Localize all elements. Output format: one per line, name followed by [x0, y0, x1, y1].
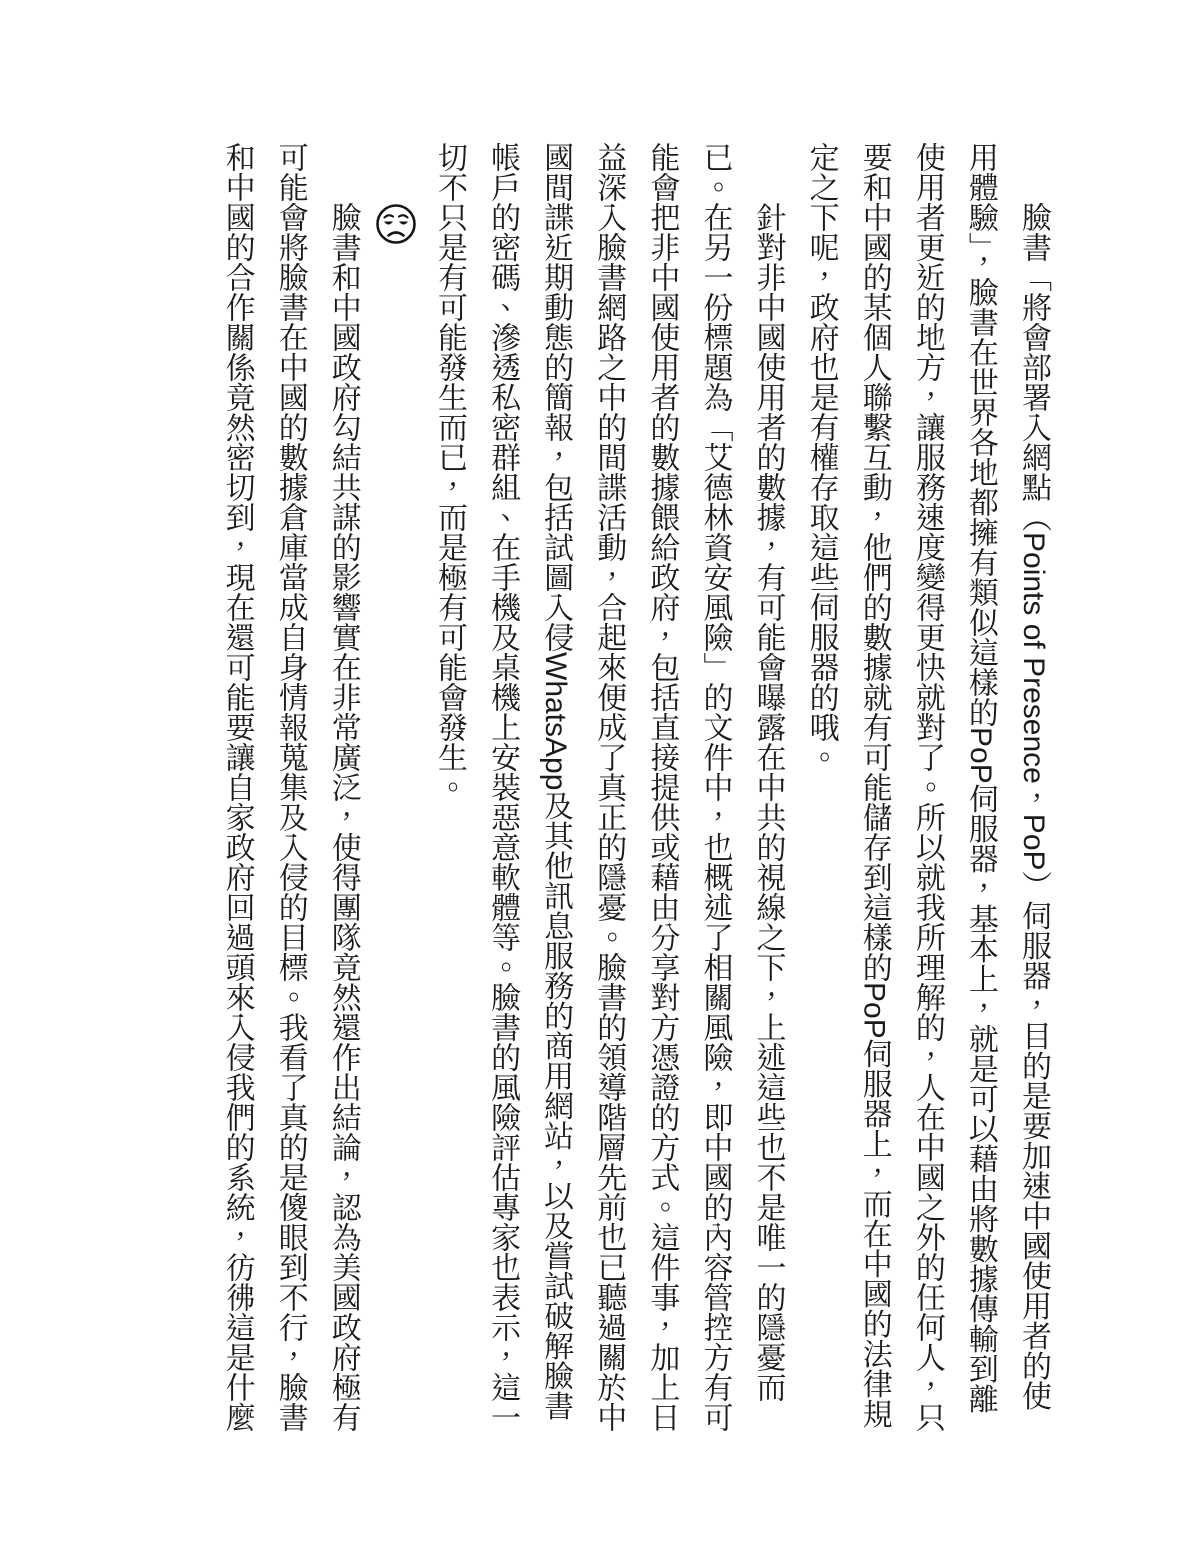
article-text: 臉書「將會部署入網點（Points of Presence，PoP）伺服器，目的…: [211, 142, 1061, 1434]
paragraph: 針對非中國使用者的數據，有可能會曝露在中共的視線之下，上述這些也不是唯一的隱憂而…: [423, 142, 795, 1434]
emoji-line: [370, 142, 423, 1434]
unamused-face-emoji: [374, 202, 418, 246]
paragraph: 臉書「將會部署入網點（Points of Presence，PoP）伺服器，目的…: [795, 142, 1060, 1434]
book-page: 臉書「將會部署入網點（Points of Presence，PoP）伺服器，目的…: [0, 0, 1200, 1554]
paragraph: 臉書和中國政府勾結共謀的影響實在非常廣泛，使得團隊竟然還作出結論，認為美國政府極…: [211, 142, 370, 1434]
